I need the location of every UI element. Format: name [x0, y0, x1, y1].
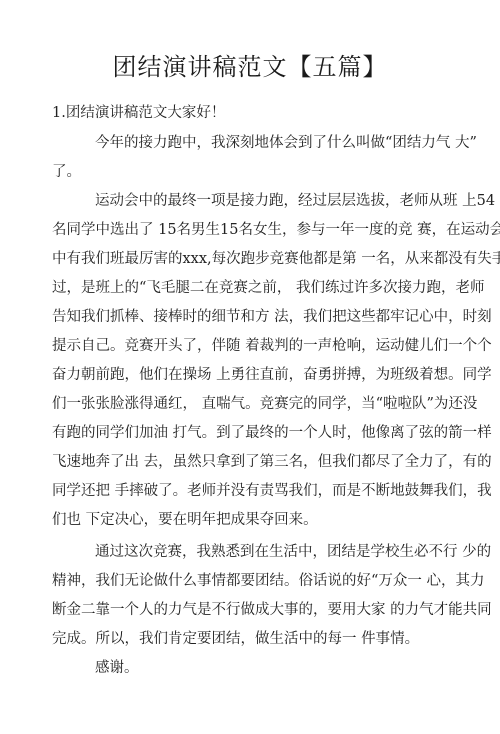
text-line: 精神，我们无论做什么事情都要团结。俗话说的好“万众一 心，其力	[52, 571, 452, 591]
text-line: 提示自己。竞赛开头了，伴随 着裁判的一声枪响，运动健儿们一个个	[52, 336, 452, 356]
text-line: 今年的接力跑中，我深刻地体会到了什么叫做“团结力气 大”	[95, 133, 495, 153]
text-line: 名同学中选出了 15名男生15名女生，参与一年一度的竞 赛，在运动会	[52, 220, 452, 240]
text-line: 完成。所以，我们肯定要团结，做生活中的每一 件事情。	[52, 629, 452, 649]
text-line: 了。	[52, 162, 452, 182]
text-line: 们一张张脸涨得通红， 直喘气。竞赛完的同学，当“啦啦队”为还没	[52, 394, 452, 414]
text-line: 有跑的同学们加油 打气。到了最终的一个人时，他像离了弦的箭一样	[52, 423, 452, 443]
text-line: 感谢。	[95, 658, 495, 678]
text-line: 奋力朝前跑，他们在操场 上勇往直前，奋勇拼搏，为班级着想。同学	[52, 365, 452, 385]
text-line: 飞速地奔了出 去，虽然只拿到了第三名，但我们都尽了全力了，有的	[52, 452, 452, 472]
text-line: 过，是班上的“飞毛腿二在竞赛之前， 我们练过许多次接力跑，老师	[52, 278, 452, 298]
text-line: 们也 下定决心，要在明年把成果夺回来。	[52, 510, 452, 530]
text-line: 通过这次竞赛，我熟悉到在生活中，团结是学校生必不行 少的	[95, 542, 495, 562]
text-line: 断金二靠一个人的力气是不行做成大事的，要用大家 的力气才能共同	[52, 600, 452, 620]
text-line: 中有我们班最厉害的xxx,每次跑步竞赛他都是第 一名，从来都没有失手	[52, 249, 452, 269]
text-line: 同学还把 手摔破了。老师并没有责骂我们，而是不断地鼓舞我们，我	[52, 481, 452, 501]
section-heading: 1.团结演讲稿范文大家好！	[52, 103, 452, 123]
text-line: 运动会中的最终一项是接力跑，经过层层选拔，老师从班 上54	[95, 191, 495, 211]
text-line: 告知我们抓棒、接棒时的细节和方 法，我们把这些都牢记心中，时刻	[52, 307, 452, 327]
document-title: 团结演讲稿范文【五篇】	[0, 52, 500, 82]
